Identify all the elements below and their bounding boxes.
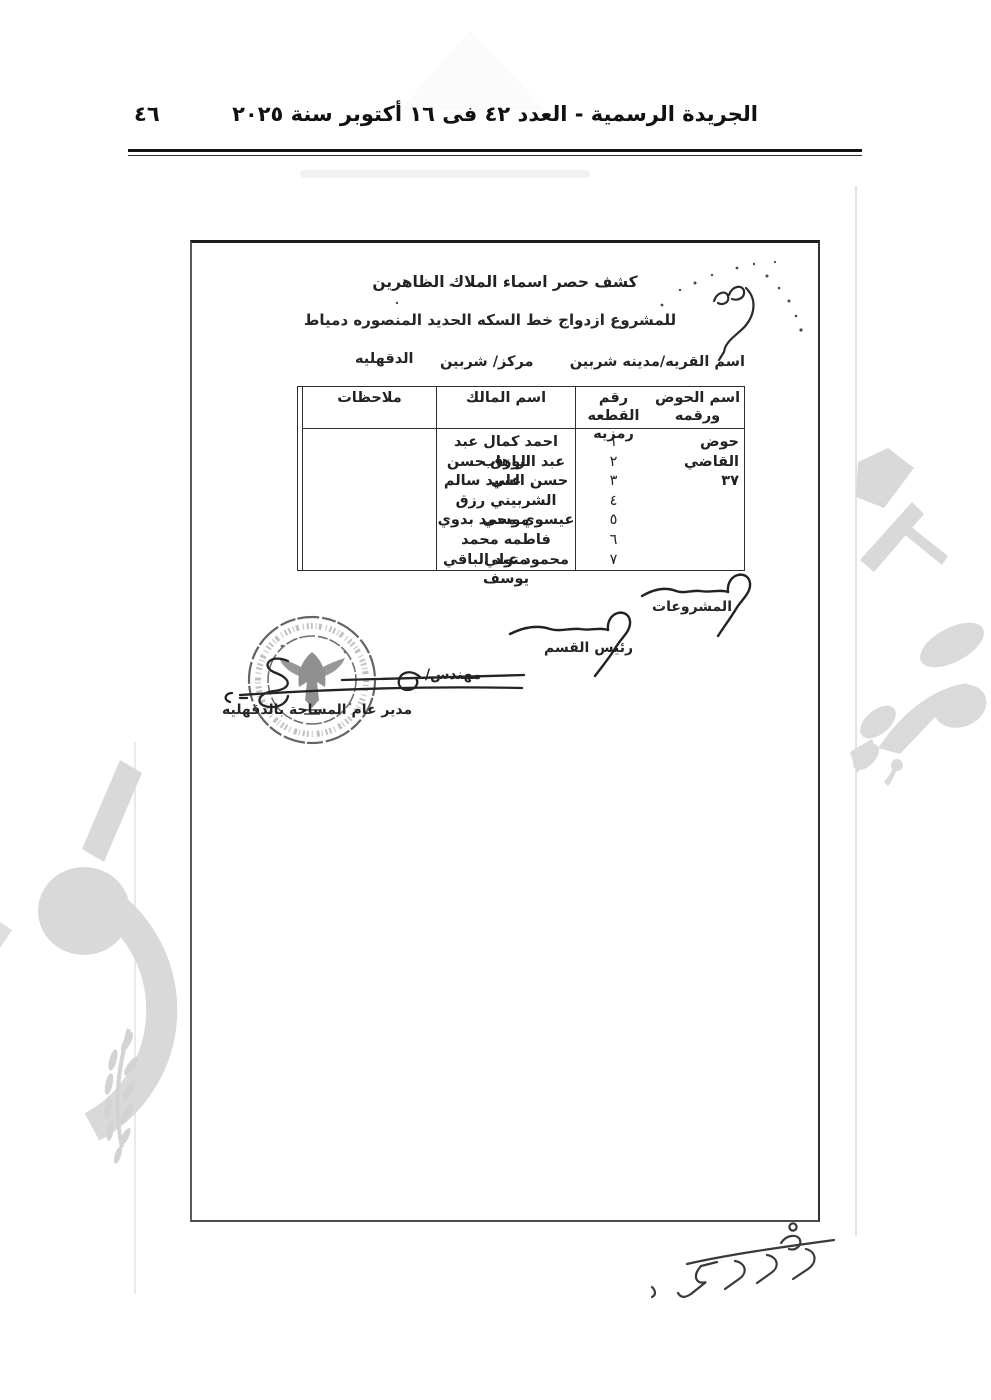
- owner-name: فاطمه محمد متولي: [437, 531, 575, 551]
- parcel-no: ٧: [576, 551, 651, 571]
- director-label: مدير عام المساحة بالدقهليه: [222, 702, 412, 718]
- faint-smudge: [400, 30, 545, 110]
- parcel-no: ١: [576, 433, 651, 453]
- scan-edge-line-right: [855, 186, 857, 1236]
- document-title-line2: للمشروع ازدواج خط السكه الحديد المنصوره …: [192, 311, 788, 329]
- col-header-owner: اسم المالك: [436, 387, 575, 429]
- owner-name: الشربيني رزق موسي: [437, 492, 575, 512]
- owner-name: محمود عبد الباقي يوسف: [437, 551, 575, 571]
- col-header-basin: اسم الحوض ورقمه: [651, 387, 744, 429]
- basin-name: حوض القاضي: [651, 433, 739, 472]
- watermark-bottomleft: [0, 760, 162, 1165]
- owner-name: احمد كمال عبد الوهاب: [437, 433, 575, 453]
- owners-table: اسم الحوض ورقمه رقم القطعه رمزيه اسم الم…: [297, 386, 745, 571]
- owner-name: عبد الرازق حسن علي: [437, 453, 575, 473]
- gazette-page: { "header": { "gazette_title": "الجريدة …: [0, 0, 991, 1400]
- parcel-no: ٥: [576, 511, 651, 531]
- parcel-no: ٤: [576, 492, 651, 512]
- notes-cell: [302, 429, 436, 570]
- parcel-no: ٦: [576, 531, 651, 551]
- scan-smudge: [300, 170, 590, 178]
- col-header-parcel: رقم القطعه رمزيه: [575, 387, 651, 429]
- basin-cell: حوض القاضي ٣٧: [651, 429, 744, 570]
- scan-edge-line-left: [134, 742, 136, 1294]
- location-governorate: الدقهليه: [355, 351, 414, 367]
- dept-head-label: رئيس القسم: [544, 640, 633, 656]
- gazette-title: الجريدة الرسمية - العدد ٤٢ فى ١٦ أكتوبر …: [128, 102, 862, 126]
- owner-name: حسن السيد سالم: [437, 472, 575, 492]
- scanned-document: كشف حصر اسماء الملاك الظاهرين للمشروع از…: [190, 240, 820, 1222]
- col-header-notes: ملاحظات: [302, 387, 436, 429]
- parcel-no: ٣: [576, 472, 651, 492]
- parcel-no: ٢: [576, 453, 651, 473]
- projects-label: المشروعات: [652, 599, 732, 615]
- watermark-topright: [856, 448, 948, 572]
- engineer-label: مهندس/: [425, 667, 481, 683]
- gazette-header: الجريدة الرسمية - العدد ٤٢ فى ١٦ أكتوبر …: [128, 100, 862, 144]
- owner-names-cell: احمد كمال عبد الوهاب عبد الرازق حسن علي …: [436, 429, 575, 570]
- owner-name: عيسوي محمد بدوي: [437, 511, 575, 531]
- parcel-numbers-cell: ١ ٢ ٣ ٤ ٥ ٦ ٧: [575, 429, 651, 570]
- official-stamp: [249, 617, 375, 743]
- header-double-rule: [128, 149, 862, 156]
- basin-number: ٣٧: [651, 472, 739, 492]
- page-number: ٤٦: [134, 102, 160, 126]
- document-title-line1: كشف حصر اسماء الملاك الظاهرين: [192, 273, 818, 291]
- handwritten-bottom-number: [652, 1223, 834, 1297]
- watermark-right-calligraphy: [848, 614, 991, 786]
- location-village: اسم القريه/مدينه شربين: [570, 354, 745, 370]
- location-district: مركز/ شربين: [440, 354, 534, 370]
